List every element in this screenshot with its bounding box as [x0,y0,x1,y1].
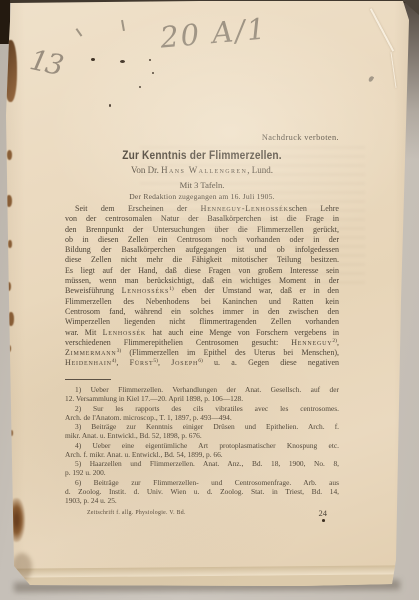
text-line: von der centrosomalen Natur der Basalkör… [65,214,339,224]
text-line: Centrosom fand, während ein solches imme… [65,307,339,317]
footnotes: 1) Ueber Flimmerzellen. Verhandlungen de… [65,385,339,505]
footnote-separator [65,379,111,380]
text-line: verschiedenen Flimmerepithelien Centroso… [65,338,339,348]
torn-edge-stain [8,240,12,248]
byline-prefix: Von Dr. [131,165,161,175]
paper-crease [370,8,394,51]
text-line: Bildung der Basalkörperchen aufgegangen … [65,245,339,255]
text-line: p. 192 u. 200. [65,468,339,477]
byline-suffix: , Lund. [247,165,273,175]
journal-signature-line: Zeitschrift f. allg. Physiologie. V. Bd. [87,510,186,516]
sheet-number: 24 [319,508,328,518]
text-line: Flimmerzellen des Nebenhodens bei Kaninc… [65,297,339,307]
text-line: 3) Beiträge zur Kenntnis einiger Drüsen … [65,422,339,431]
text-line: Es liegt auf der Hand, daß diese Fragen … [65,266,339,276]
text-line: den Brennpunkt der Untersuchungen über d… [65,225,339,235]
text-line: 4) Ueber eine eigentümliche Art protopla… [65,441,339,450]
text-line: 2) Sur les rapports des cils vibratiles … [65,404,339,413]
pencil-tick [76,28,82,36]
pencil-tick [121,20,124,31]
text-line: war. Mit Lenhossék hat auch eine Menge v… [65,328,339,338]
ink-speck [152,72,154,74]
reprint-notice: Nachdruck verboten. [65,133,339,142]
body-paragraph: Seit dem Erscheinen der Henneguy-Lenhoss… [65,204,339,369]
text-line: 5) Haarzellen und Flimmerzellen. Anat. A… [65,459,339,468]
torn-edge-stain [7,150,12,160]
article-title: Zur Kenntnis der Flimmerzellen. [81,150,322,162]
text-line: Zimmermann3) (Flimmerzellen im Epithel d… [65,348,339,358]
plates-note: Mit 3 Tafeln. [65,180,339,190]
text-line: Arch. f. mikr. Anat. u. Entwickl., Bd. 5… [65,450,339,459]
text-line: 1) Ueber Flimmerzellen. Verhandlungen de… [65,385,339,394]
pencil-annotation-top: 20 A/1 [159,11,269,54]
paper-crease [391,52,397,88]
text-line: Heidenhain4), Fürst5), Joseph6) u. a. Ge… [65,358,339,368]
author-byline: Von Dr. Hans Wallengren, Lund. [65,165,339,175]
page-footer: Zeitschrift f. allg. Physiologie. V. Bd.… [65,508,339,520]
ink-speck [91,58,95,61]
binding-spine-remnant [0,0,10,44]
text-line: d. Zoolog. Instit. d. Univ. Wien u. d. Z… [65,487,339,496]
text-line: Beweisführung Lenhosséks1) eben der Umst… [65,286,339,296]
received-note: Der Redaktion zugegangen am 16. Juli 190… [65,192,339,201]
ink-speck [149,59,151,61]
ink-speck [139,86,141,88]
ink-speck [109,104,111,107]
small-smudge [368,75,374,82]
text-line: mikr. Anat. u. Entwickl., Bd. 52, 1898, … [65,431,339,440]
text-line: 6) Beiträge zur Flimmerzellen- und Centr… [65,478,339,487]
paper-sheet: 20 A/1 13 Nachdruck verboten. Zur Kenntn… [0,0,419,600]
text-line: 1903, p. 24 u. 25. [65,496,339,505]
text-line: müssen, wenn man berücksichtigt, daß ein… [65,276,339,286]
text-line: ob in diesen Zellen ein Centrosom noch v… [65,235,339,245]
text-line: Seit dem Erscheinen der Henneguy-Lenhoss… [65,204,339,214]
pencil-annotation-left: 13 [27,43,65,82]
text-line: diese Zellen nicht mehr die Fähigkeit mi… [65,255,339,265]
text-line: Wimperzellen liegenden nicht flimmertrag… [65,317,339,327]
text-line: 12. Versammlung in Kiel 17.—20. April 18… [65,394,339,403]
ink-speck [120,60,125,63]
text-line: Arch. de l'Anatom. microscop., T. 1, 189… [65,413,339,422]
author-name: Hans Wallengren [161,165,247,175]
scanned-offprint-photo: { "page": { "pencil_note_top": "20 A/1",… [0,0,419,600]
